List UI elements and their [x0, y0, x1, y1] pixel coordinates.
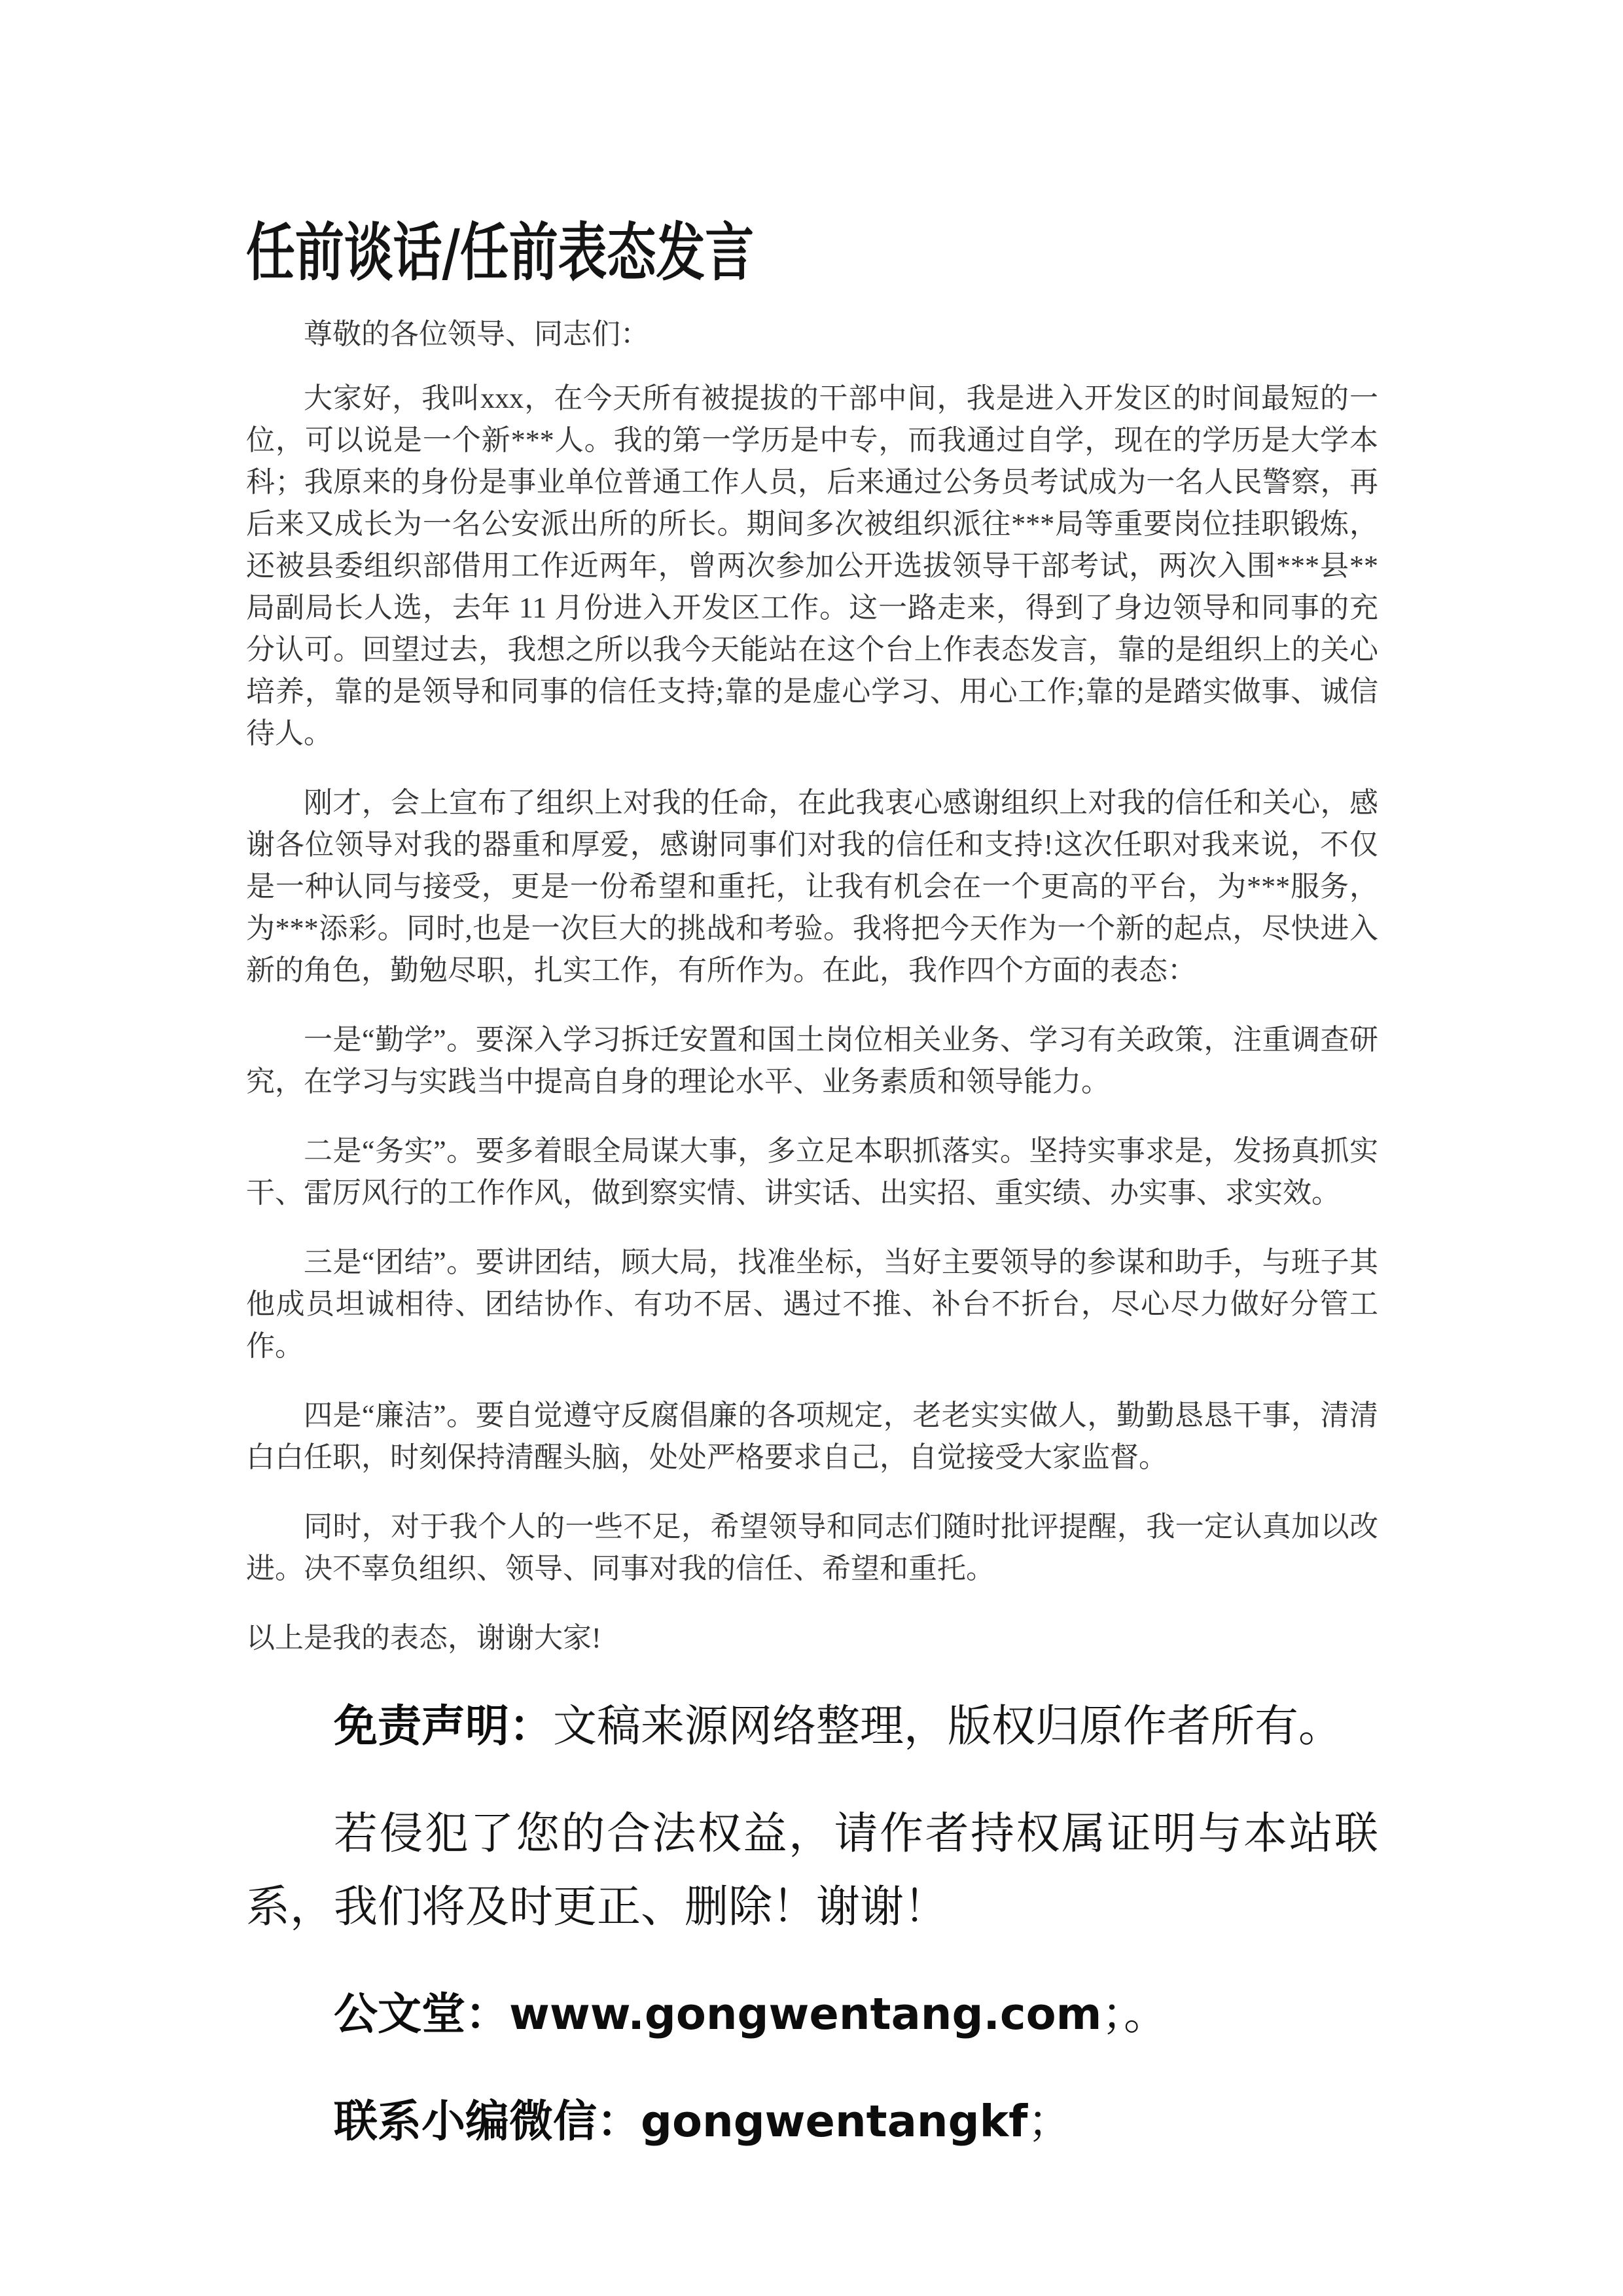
page: 任前谈话/任前表态发言 尊敬的各位领导、同志们： 大家好，我叫xxx，在今天所有… [0, 0, 1623, 2296]
disclaimer-text: 文稿来源网络整理，版权归原作者所有。 [553, 1700, 1342, 1751]
paragraph-shortcomings: 同时，对于我个人的一些不足，希望领导和同志们随时批评提醒，我一定认真加以改进。决… [246, 1506, 1378, 1590]
page-title-text: 任前谈话/任前表态发言 [246, 216, 754, 290]
wechat-id: gongwentangkf [641, 2096, 1027, 2147]
footer-disclaimer-block: 免责声明：文稿来源网络整理，版权归原作者所有。 若侵犯了您的合法权益，请作者持权… [246, 1689, 1378, 2158]
document-page: { "doc": { "title": "任前谈话/任前表态发言", "gree… [0, 0, 1623, 2296]
wechat-suffix: ； [1027, 2096, 1071, 2147]
closing-line: 以上是我的表态，谢谢大家! [246, 1617, 1378, 1659]
site-label: 公文堂： [334, 1988, 509, 2039]
page-title: 任前谈话/任前表态发言 [246, 216, 1378, 290]
paragraph-point-1: 一是“勤学”。要深入学习拆迁安置和国土岗位相关业务、学习有关政策，注重调查研究，… [246, 1019, 1378, 1103]
site-url: www.gongwentang.com [509, 1988, 1101, 2039]
rights-notice-line: 若侵犯了您的合法权益，请作者持权属证明与本站联系，我们将及时更正、删除！谢谢！ [246, 1797, 1378, 1943]
paragraph-point-2: 二是“务实”。要多着眼全局谋大事，多立足本职抓落实。坚持实事求是，发扬真抓实干、… [246, 1130, 1378, 1214]
site-suffix: ；。 [1101, 1988, 1168, 2039]
wechat-line: 联系小编微信：gongwentangkf； [246, 2085, 1378, 2158]
greeting-line: 尊敬的各位领导、同志们： [246, 314, 1378, 355]
paragraph-thanks: 刚才，会上宣布了组织上对我的任命，在此我衷心感谢组织上对我的信任和关心，感谢各位… [246, 782, 1378, 992]
disclaimer-label: 免责声明： [334, 1700, 553, 1751]
paragraph-point-4: 四是“廉洁”。要自觉遵守反腐倡廉的各项规定，老老实实做人，勤勤恳恳干事，清清白白… [246, 1395, 1378, 1479]
paragraph-point-3: 三是“团结”。要讲团结，顾大局，找准坐标，当好主要领导的参谋和助手，与班子其他成… [246, 1242, 1378, 1367]
wechat-label: 联系小编微信： [334, 2096, 641, 2147]
site-line: 公文堂：www.gongwentang.com；。 [246, 1977, 1378, 2051]
paragraph-intro: 大家好，我叫xxx，在今天所有被提拔的干部中间，我是进入开发区的时间最短的一位，… [246, 378, 1378, 755]
disclaimer-line: 免责声明：文稿来源网络整理，版权归原作者所有。 [246, 1689, 1378, 1763]
